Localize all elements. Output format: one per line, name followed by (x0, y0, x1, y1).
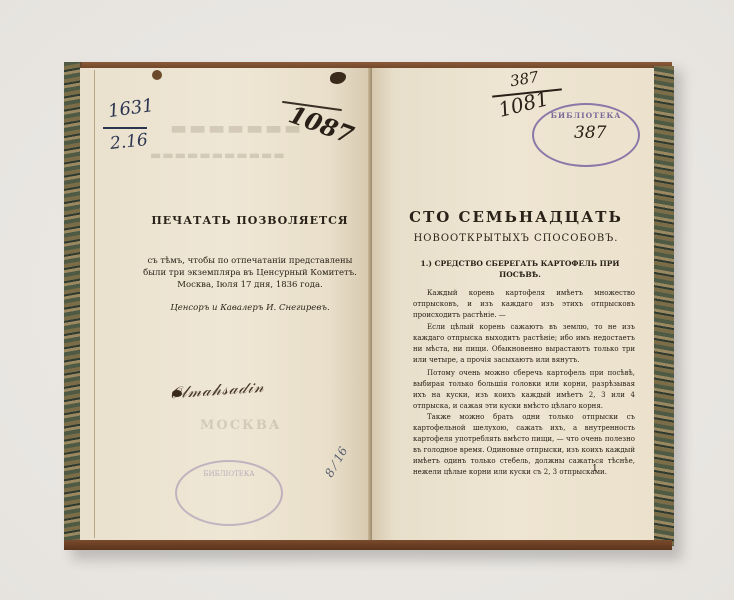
left-page-margin-line (94, 70, 95, 538)
censor-heading: ПЕЧАТАТЬ ПОЗВОЛЯЕТСЯ (140, 214, 360, 227)
stamp-number: 387 (574, 123, 606, 143)
book-title-line1: СТО СЕМЬНАДЦАТЬ (385, 208, 647, 226)
leather-spine-bottom (64, 540, 672, 550)
paragraph-2: Если цѣлый корень сажаютъ въ землю, то н… (413, 322, 635, 366)
bleed-through-title: ▬▬▬▬▬▬▬ (170, 118, 303, 139)
ink-blot-signature (172, 390, 182, 397)
censor-line-2: были три экземпляра въ Ценсурный Комитет… (140, 267, 360, 279)
ink-blot-small (152, 70, 162, 80)
handwritten-fraction-line (103, 127, 147, 129)
section-heading: 1.) СРЕДСТВО СБЕРЕГАТЬ КАРТОФЕЛЬ ПРИ ПОС… (410, 258, 630, 280)
censor-line-3: Москва, Іюля 17 дня, 1836 года. (140, 279, 360, 291)
bleed-through-subtitle: ▬▬▬▬▬▬▬▬▬▬▬ (150, 148, 286, 162)
stamp-label: БИБЛІОТЕКА (177, 470, 281, 478)
censor-signature: Ценсоръ и Кавалеръ И. Снегиревъ. (140, 303, 360, 313)
book-title-line2: НОВООТКРЫТЫХЪ СПОСОБОВЪ. (385, 233, 647, 244)
marbled-cover-right-edge (652, 66, 674, 546)
library-stamp: БИБЛІОТЕКА 387 (532, 103, 640, 167)
page-number: 1 (592, 464, 598, 474)
bleed-through-city: МОСКВА (200, 418, 281, 433)
handwritten-number-bottom: 2.16 (109, 130, 149, 154)
stamp-label: БИБЛІОТЕКА (534, 111, 638, 120)
library-stamp-faded: БИБЛІОТЕКА (175, 460, 283, 526)
paragraph-3: Потому очень можно сберечь картофель при… (413, 368, 635, 412)
paragraph-4: Также можно брать одни только отпрыски с… (413, 412, 635, 478)
censor-line-1: съ тѣмъ, чтобы по отпечатаніи представле… (140, 255, 360, 267)
paragraph-1: Каждый корень картофеля имѣетъ множество… (413, 288, 635, 321)
